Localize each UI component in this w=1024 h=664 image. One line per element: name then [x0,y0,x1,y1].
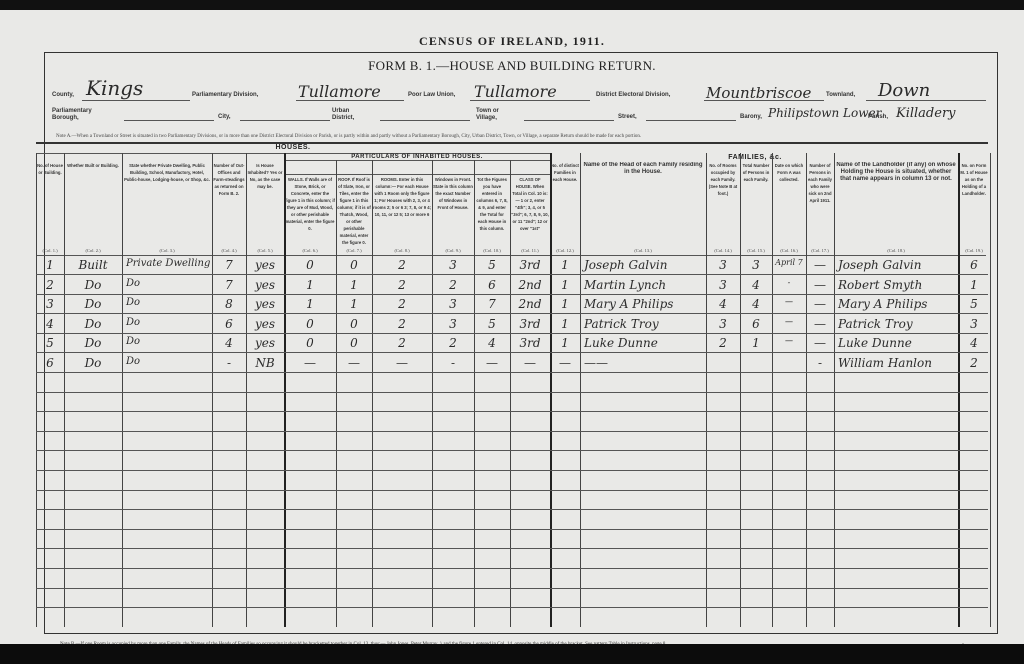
cell-class: 3rd [510,258,550,272]
cell-class: 3rd [510,317,550,331]
cell-rooms: 2 [372,278,432,292]
cell-inhabited: NB [246,356,284,370]
row-rule [36,509,988,510]
cell-class: — [510,356,550,370]
cell-sick: — [806,297,834,311]
cell-persons: 3 [740,258,772,272]
cell-outoffices: 6 [212,317,246,331]
parish-label: Parish, [868,114,888,120]
column-header-8: ROOMS. Enter in this column:— For each H… [373,176,431,246]
cell-roof: 0 [336,317,372,331]
cell-persons: 6 [740,317,772,331]
column-header-5: Is House Inhabited? Yes or No, as the ca… [247,162,283,246]
cell-outoffices: - [212,356,246,370]
cell-outoffices: 7 [212,278,246,292]
cell-date: — [772,336,806,345]
cell-built: Do [64,317,122,331]
row-rule [36,431,988,432]
cell-windows: 2 [432,278,474,292]
cell-date: — [772,297,806,306]
section-houses: HOUSES. [36,144,550,151]
cell-landholder: Mary A Philips [834,297,962,311]
column-header-2: Whether Built or Building. [65,162,121,246]
column-number-4: (Col. 4.) [212,248,246,253]
cell-rooms: — [372,356,432,370]
row-rule [36,333,988,334]
parliamentary-borough-label: Parliamentary Borough, [52,108,92,122]
cell-roof: 1 [336,278,372,292]
street-label: Street, [618,114,637,120]
column-header-12: No. of distinct Families in each House. [551,162,579,246]
column-header-13: Name of the Head of each Family residing… [581,162,705,246]
poor-law-union-label: Poor Law Union, [408,92,455,98]
cell-landholder: Luke Dunne [834,336,962,350]
cell-windows: 2 [432,336,474,350]
row-rule [36,490,988,491]
cell-total: 5 [474,258,510,272]
column-number-19: (Col. 19.) [958,248,990,253]
row-rule [36,294,988,295]
cell-inhabited: yes [246,336,284,350]
cell-roof: — [336,356,372,370]
row-rule [36,411,988,412]
cell-persons: 1 [740,336,772,350]
cell-families: — [550,356,580,370]
column-number-1: (Col. 1.) [36,248,64,253]
cell-rooms: 2 [372,317,432,331]
cell-date: April 7 [772,258,806,267]
column-number-6: (Col. 6.) [284,248,336,253]
cell-sick: — [806,278,834,292]
cell-walls: — [284,356,336,370]
census-form-sheet: CENSUS OF IRELAND, 1911. FORM B. 1.—HOUS… [0,10,1024,644]
cell-form_m1: 6 [958,258,990,272]
cell-no: 6 [36,356,64,370]
cell-families: 1 [550,336,580,350]
column-number-7: (Col. 7.) [336,248,372,253]
cell-class: 2nd [510,278,550,292]
cell-sick: — [806,336,834,350]
row-rule [36,529,988,530]
row-rule [36,588,988,589]
barony-label: Barony, [740,114,762,120]
column-number-18: (Col. 18.) [834,248,958,253]
cell-built: Do [64,278,122,292]
cell-total: 5 [474,317,510,331]
column-header-3: State whether Private Dwelling, Public B… [123,162,211,246]
cell-head: —— [580,356,710,370]
column-number-16: (Col. 16.) [772,248,806,253]
cell-landholder: William Hanlon [834,356,962,370]
parish-value: Killadery [896,106,956,121]
cell-type: Do [122,278,216,289]
city-label: City, [218,114,231,120]
cell-families: 1 [550,317,580,331]
cell-fam_rooms: 4 [706,297,740,311]
cell-type: Do [122,356,216,367]
section-families: FAMILIES, &c. [550,154,960,161]
row-rule [36,548,988,549]
column-number-3: (Col. 3.) [122,248,212,253]
row-rule [36,392,988,393]
column-header-6: WALLS. If Walls are of Stone, Brick, or … [285,176,335,246]
census-title: CENSUS OF IRELAND, 1911. [0,34,1024,49]
cell-rooms: 2 [372,258,432,272]
row-rule [36,274,988,275]
row-rule [36,568,988,569]
cell-form_m1: 1 [958,278,990,292]
cell-persons: 4 [740,297,772,311]
column-header-11: CLASS OF HOUSE. When Total in Col. 10 is… [511,176,549,246]
cell-walls: 0 [284,258,336,272]
cell-head: Martin Lynch [580,278,710,292]
row-rule [36,607,988,608]
column-header-15: Total Number of Persons in each Family. [741,162,771,246]
column-number-17: (Col. 17.) [806,248,834,253]
column-number-14: (Col. 14.) [706,248,740,253]
cell-windows: - [432,356,474,370]
cell-sick: — [806,258,834,272]
townland-value: Down [878,80,930,101]
cell-windows: 3 [432,258,474,272]
cell-walls: 1 [284,278,336,292]
cell-form_m1: 5 [958,297,990,311]
column-header-9: Windows in Front. State in this column t… [433,176,473,246]
poor-law-union-value: Tullamore [474,82,557,101]
column-header-7: ROOF. If Roof is of Slate, Iron, or Tile… [337,176,371,246]
cell-landholder: Robert Smyth [834,278,962,292]
scan-border [0,644,1024,664]
column-number-13: (Col. 13.) [580,248,706,253]
row-rule [36,372,988,373]
town-village-label: Town or Village, [476,108,506,122]
column-header-1: No. of House or Building. [37,162,63,246]
parliamentary-division-value: Tullamore [298,82,381,101]
cell-rooms: 2 [372,297,432,311]
row-rule [36,313,988,314]
cell-landholder: Joseph Galvin [834,258,962,272]
cell-rooms: 2 [372,336,432,350]
column-header-10: Tot the Figures you have entered in colu… [475,176,509,246]
townland-label: Townland, [826,92,855,98]
cell-date: - [772,278,806,287]
cell-type: Do [122,317,216,328]
cell-sick: — [806,317,834,331]
column-number-2: (Col. 2.) [64,248,122,253]
cell-outoffices: 4 [212,336,246,350]
cell-form_m1: 4 [958,336,990,350]
ded-label: District Electoral Division, [596,92,670,98]
row-rule [36,450,988,451]
row-rule [36,352,988,353]
cell-date: — [772,317,806,326]
cell-total: 7 [474,297,510,311]
column-header-16: Date on which Form A was collected. [773,162,805,246]
cell-roof: 0 [336,336,372,350]
column-number-15: (Col. 15.) [740,248,772,253]
column-header-19: No. on Form M. 1 of House as on the Hold… [959,162,989,246]
column-number-12: (Col. 12.) [550,248,580,253]
cell-no: 3 [36,297,64,311]
cell-no: 1 [36,258,64,272]
cell-no: 4 [36,317,64,331]
cell-windows: 3 [432,317,474,331]
cell-fam_rooms: 3 [706,258,740,272]
cell-families: 1 [550,258,580,272]
cell-built: Do [64,297,122,311]
cell-inhabited: yes [246,317,284,331]
cell-head: Joseph Galvin [580,258,710,272]
parliamentary-division-label: Parliamentary Division, [192,92,258,98]
cell-roof: 0 [336,258,372,272]
column-header-18: Name of the Landholder (if any) on whose… [835,162,957,246]
cell-head: Mary A Philips [580,297,710,311]
cell-inhabited: yes [246,297,284,311]
cell-families: 1 [550,278,580,292]
cell-fam_rooms: 3 [706,278,740,292]
cell-head: Patrick Troy [580,317,710,331]
cell-roof: 1 [336,297,372,311]
cell-class: 2nd [510,297,550,311]
row-rule [36,470,988,471]
cell-total: 6 [474,278,510,292]
cell-type: Do [122,297,216,308]
cell-walls: 1 [284,297,336,311]
column-number-8: (Col. 8.) [372,248,432,253]
column-number-9: (Col. 9.) [432,248,474,253]
cell-form_m1: 2 [958,356,990,370]
cell-inhabited: yes [246,258,284,272]
cell-no: 5 [36,336,64,350]
cell-windows: 3 [432,297,474,311]
cell-sick: - [806,356,834,370]
cell-fam_rooms: 2 [706,336,740,350]
cell-built: Do [64,336,122,350]
column-header-4: Number of Out-Offices and Farm-steadings… [213,162,245,246]
cell-total: — [474,356,510,370]
cell-fam_rooms: 3 [706,317,740,331]
cell-persons: 4 [740,278,772,292]
cell-class: 3rd [510,336,550,350]
column-header-14: No. of Rooms occupied by each Family. (S… [707,162,739,246]
column-number-10: (Col. 10.) [474,248,510,253]
barony-value: Philipstown Lower [768,106,881,120]
column-number-11: (Col. 11.) [510,248,550,253]
county-label: County, [52,92,74,98]
cell-landholder: Patrick Troy [834,317,962,331]
urban-district-label: Urban District, [332,108,362,122]
column-divider [990,153,991,627]
note-a: Note A.—When a Townland or Street is sit… [56,134,641,139]
column-number-5: (Col. 5.) [246,248,284,253]
cell-form_m1: 3 [958,317,990,331]
cell-type: Private Dwelling [122,258,216,269]
cell-no: 2 [36,278,64,292]
form-title: FORM B. 1.—HOUSE AND BUILDING RETURN. [0,58,1024,74]
cell-inhabited: yes [246,278,284,292]
cell-families: 1 [550,297,580,311]
county-value: Kings [86,76,143,100]
cell-walls: 0 [284,336,336,350]
column-header-17: Number of Persons in each Family who wer… [807,162,833,246]
cell-outoffices: 7 [212,258,246,272]
cell-outoffices: 8 [212,297,246,311]
cell-total: 4 [474,336,510,350]
cell-built: Do [64,356,122,370]
cell-walls: 0 [284,317,336,331]
cell-type: Do [122,336,216,347]
cell-built: Built [64,258,122,272]
cell-head: Luke Dunne [580,336,710,350]
